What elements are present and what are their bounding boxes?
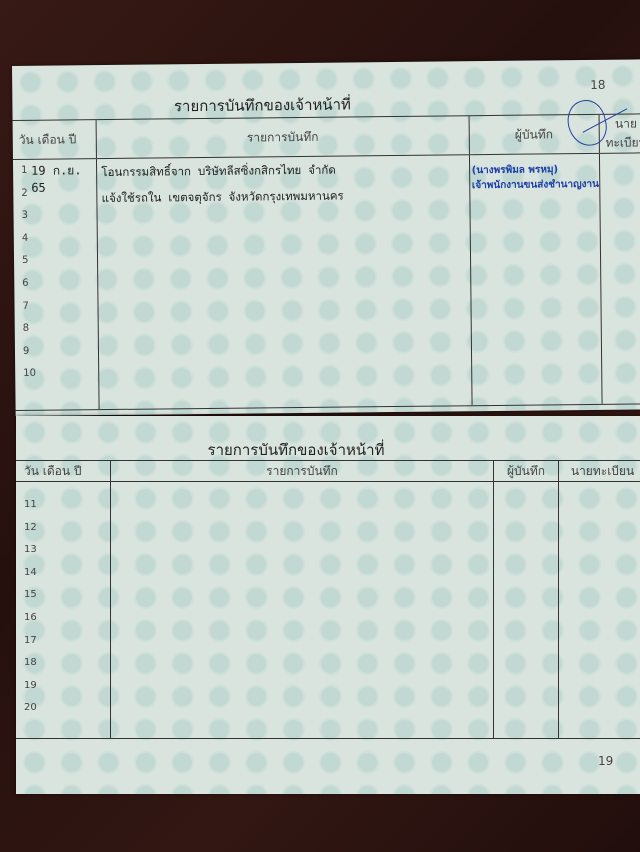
line-number: 7: [14, 295, 97, 318]
page-number: 19: [598, 754, 613, 768]
page-title: รายการบันทึกของเจ้าหน้าที่: [16, 438, 576, 462]
registrar-column: [559, 482, 640, 739]
column-header-record: รายการบันทึก: [111, 461, 494, 482]
recorder-column: (นางพรพิมล พรหมุ) เจ้าพนักงานขนส่งชำนาญง…: [469, 153, 602, 405]
column-header-date: วัน เดือน ปี: [13, 120, 97, 160]
entry-text-line: แจ้งใช้รถใน เขตจตุจักร จังหวัดกรุงเทพมหา…: [98, 181, 470, 211]
record-column: [111, 482, 494, 739]
entry-text-line: โอนกรรมสิทธิ์จาก บริษัทลีสซิ่งกสิกรไทย จ…: [97, 155, 469, 185]
line-number: 4: [14, 227, 97, 250]
registrar-column: [599, 153, 640, 405]
line-number: 8: [15, 317, 98, 340]
line-number: 18: [16, 652, 110, 675]
line-number: 13: [16, 539, 110, 562]
date-column: 11 12 13 14 15 16 17 18 19 20: [16, 482, 111, 739]
officer-stamp: (นางพรพิมล พรหมุ) เจ้าพนักงานขนส่งชำนาญง…: [470, 154, 599, 193]
line-number: 5: [14, 249, 97, 272]
record-column: โอนกรรมสิทธิ์จาก บริษัทลีสซิ่งกสิกรไทย จ…: [97, 155, 472, 410]
line-number: 12: [16, 517, 110, 540]
line-number: 19: [16, 675, 110, 698]
records-table: วัน เดือน ปี รายการบันทึก ผู้บันทึก นายท…: [16, 460, 640, 739]
line-number: 20: [16, 697, 110, 720]
records-table: วัน เดือน ปี รายการบันทึก ผู้บันทึก นายท…: [13, 113, 640, 411]
page-number: 18: [590, 78, 605, 92]
officer-title: เจ้าพนักงานขนส่งชำนาญงาน: [472, 177, 599, 193]
line-number: 10: [15, 362, 98, 385]
line-number: 15: [16, 584, 110, 607]
date-column: 1 19 ก.ย. 65 2 3 4 5 6 7 8 9 10: [13, 159, 99, 411]
line-number: 16: [16, 607, 110, 630]
column-header-record: รายการบันทึก: [96, 116, 469, 159]
line-number: 11: [16, 494, 110, 517]
record-page-18: 18 รายการบันทึกของเจ้าหน้าที่ วัน เดือน …: [12, 59, 640, 416]
column-header-recorder: ผู้บันทึก: [494, 461, 559, 482]
line-number: 6: [14, 272, 97, 295]
entry-date: 19 ก.ย. 65: [31, 161, 97, 195]
recorder-column: [494, 482, 559, 739]
column-header-registrar: นายทะเบียน: [559, 461, 640, 482]
officer-name: (นางพรพิมล พรหมุ): [472, 162, 599, 178]
record-page-19: รายการบันทึกของเจ้าหน้าที่ วัน เดือน ปี …: [16, 416, 640, 794]
line-number: 9: [15, 340, 98, 363]
column-header-date: วัน เดือน ปี: [16, 461, 111, 482]
line-number: 17: [16, 630, 110, 653]
line-number: 14: [16, 562, 110, 585]
line-number: 3: [13, 204, 96, 227]
